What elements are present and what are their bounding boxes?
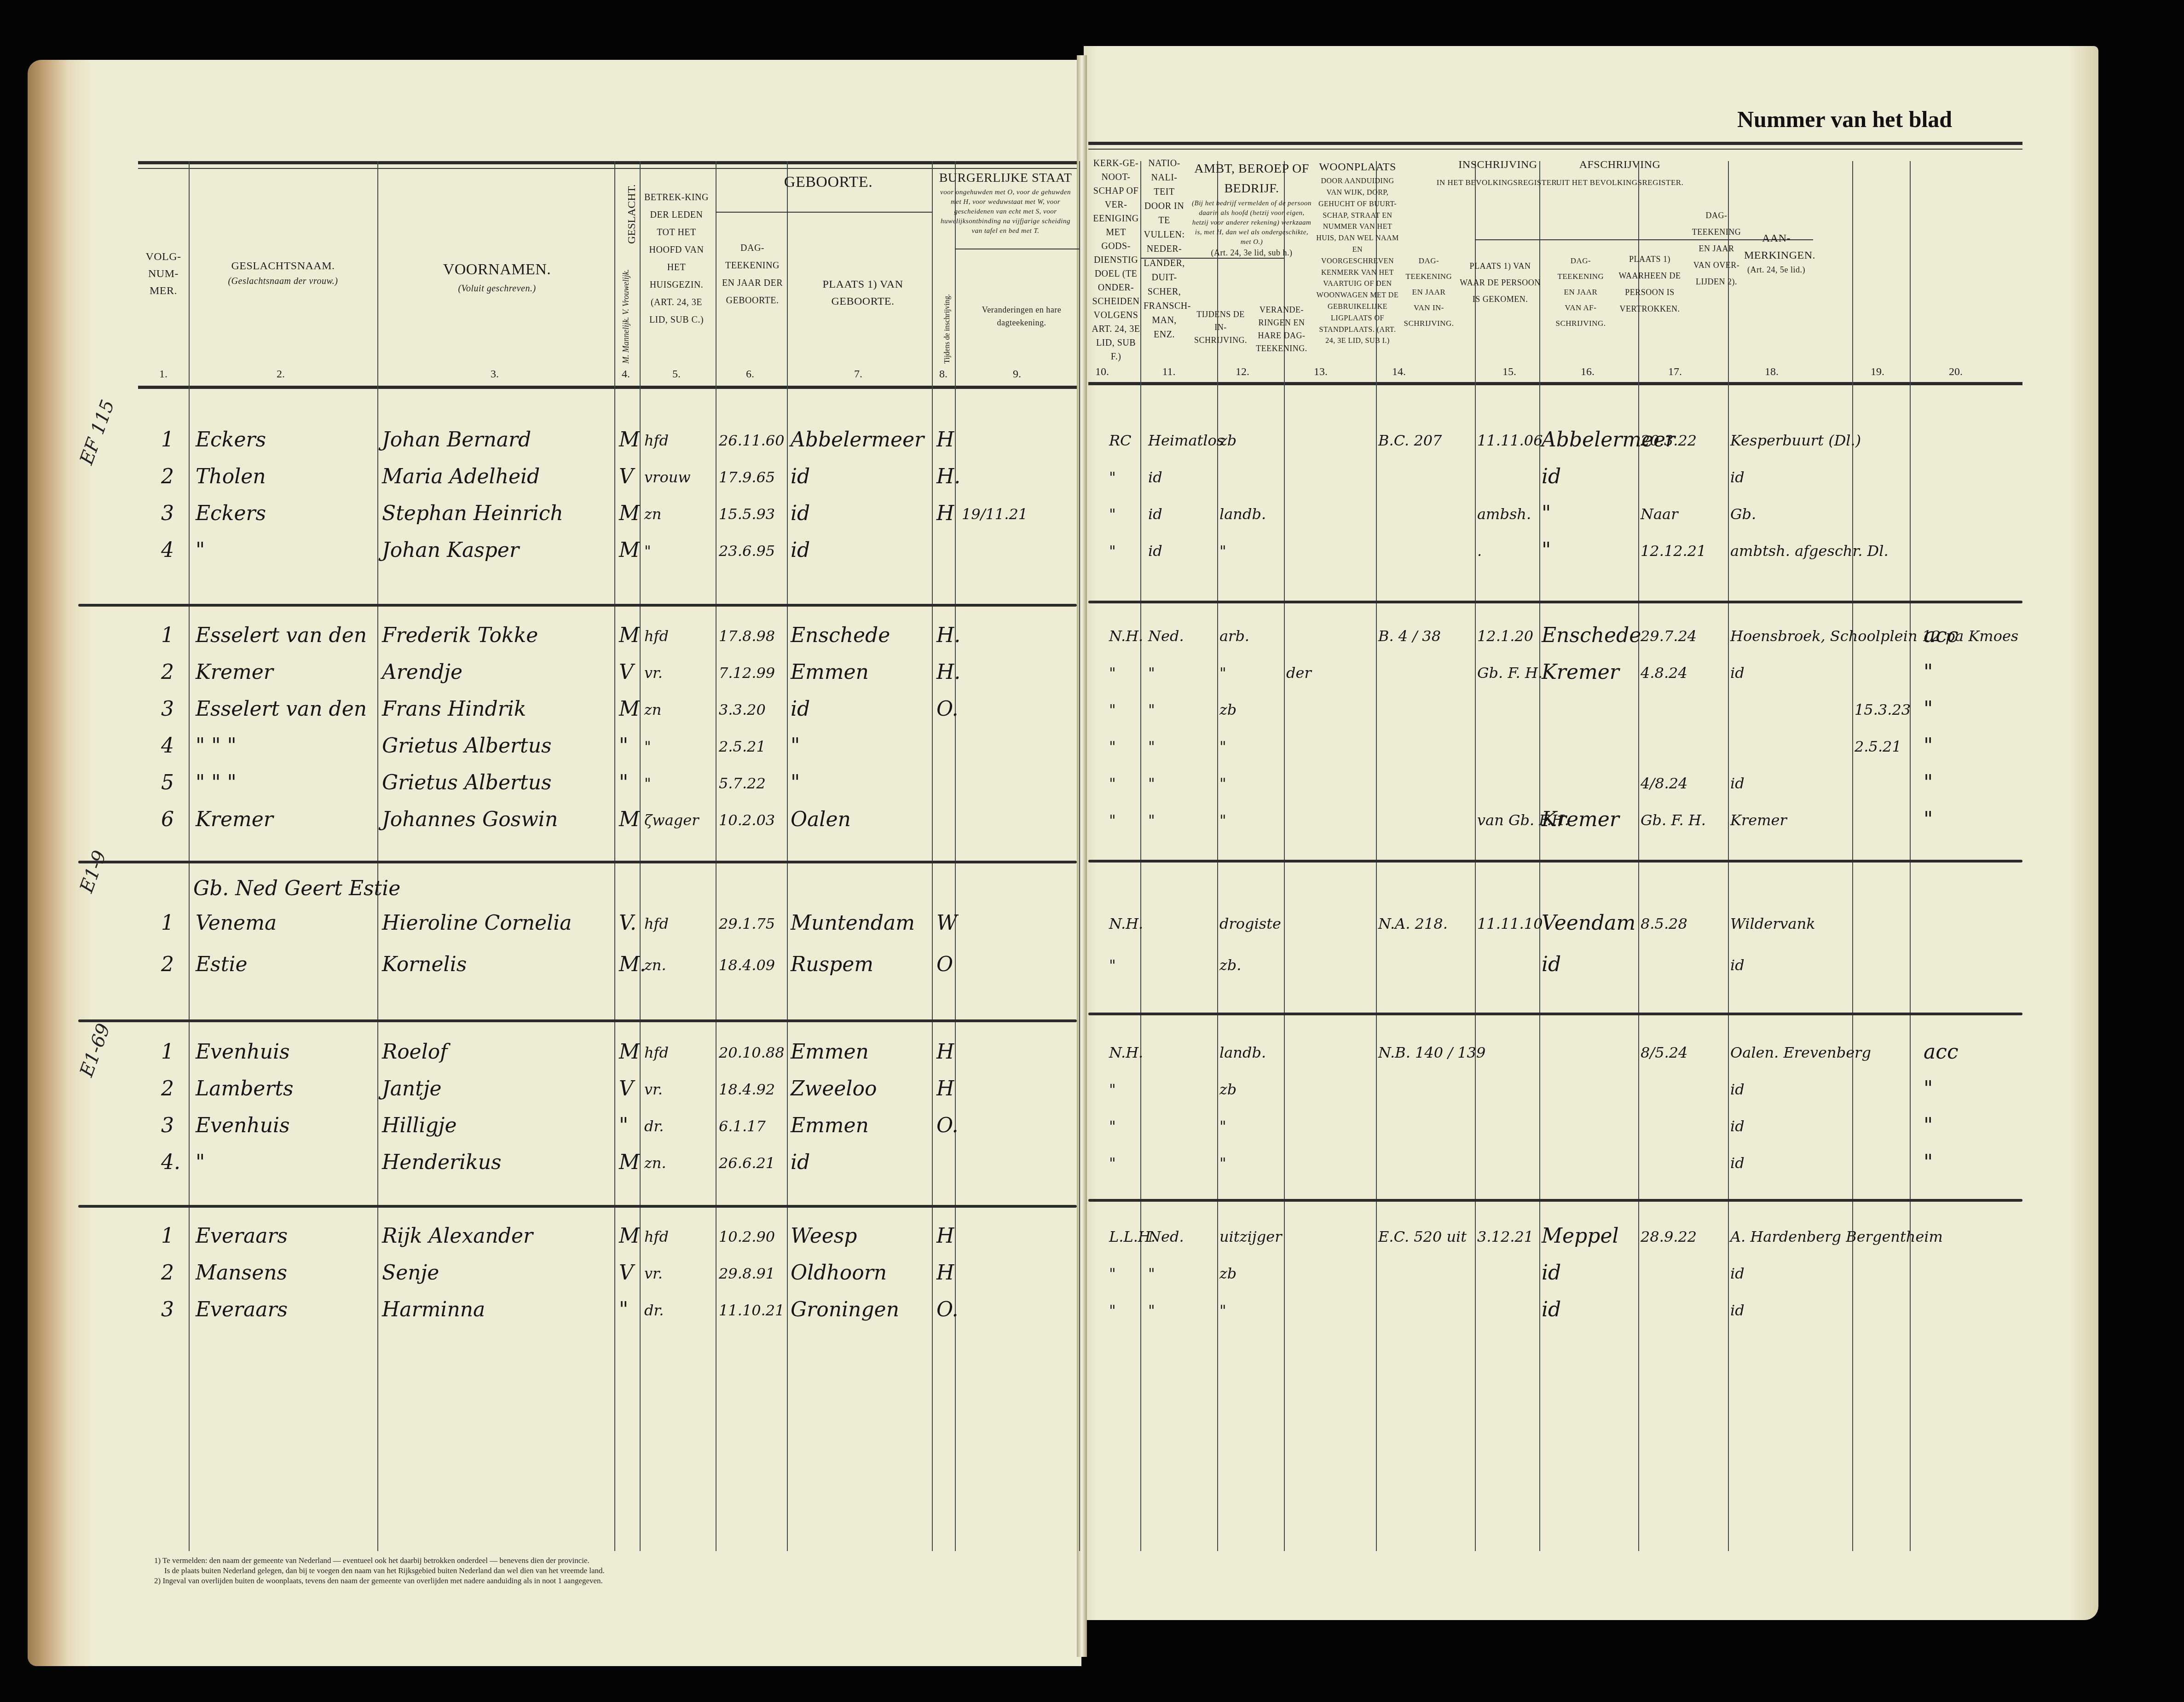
col-header-ambt: AMBT, BEROEP OF BEDRIJF. (Bij het bedrij… — [1192, 159, 1312, 259]
cell-birth-date: 17.8.98 — [719, 627, 775, 645]
cell-religion: " — [1109, 1117, 1116, 1135]
cell-afs-place: Wildervank — [1730, 915, 1815, 932]
cell-occupation: zb — [1219, 432, 1236, 449]
cell-occupation: " — [1219, 664, 1226, 682]
cell-occupation: drogiste — [1219, 915, 1281, 932]
column-divider — [377, 161, 378, 1551]
cell-remarks: acc — [1924, 624, 1959, 647]
column-number: 7. — [844, 368, 872, 381]
cell-afs-place: id — [1730, 775, 1745, 792]
cell-given: Roelof — [382, 1040, 448, 1064]
column-number: 14. — [1385, 366, 1413, 378]
cell-birth-date: 7.12.99 — [719, 664, 775, 682]
cell-relation: ζwager — [644, 811, 699, 829]
column-number: 4. — [612, 368, 640, 381]
cell-religion: " — [1109, 701, 1116, 718]
cell-religion: N.H. — [1109, 627, 1143, 645]
column-number: 12. — [1229, 366, 1256, 378]
cell-ins-date: . — [1477, 542, 1482, 560]
cell-nr: 1 — [161, 428, 174, 452]
cell-ins-place: id — [1542, 1298, 1561, 1321]
cell-nationality: Ned. — [1148, 627, 1184, 645]
footnote-1b: Is de plaats buiten Nederland gelegen, d… — [154, 1566, 605, 1576]
cell-given: Senje — [382, 1261, 439, 1285]
cell-civil: H — [936, 1077, 954, 1100]
cell-relation: vr. — [644, 664, 663, 682]
cell-surname: Lamberts — [196, 1077, 294, 1100]
column-number: 6. — [736, 368, 764, 381]
cell-occupation: " — [1219, 1117, 1226, 1135]
cell-surname: Esselert van den — [196, 624, 367, 647]
cell-residence: N.B. 140 / 139 — [1378, 1044, 1485, 1061]
col-header-afschrijving: AFSCHRIJVING UIT HET BEVOLKINGSREGISTER. — [1551, 156, 1689, 191]
column-number: 19. — [1864, 366, 1891, 378]
col-header-plaats-geboorte: PLAATS 1) VAN GEBOORTE. — [792, 276, 934, 310]
col-header-ambt-veranderingen: VERANDE-RINGEN EN HARE DAG-TEEKENING. — [1252, 304, 1312, 355]
cell-religion: N.H. — [1109, 1044, 1143, 1061]
cell-relation: hfd — [644, 1228, 669, 1245]
cell-civil: O — [936, 953, 953, 976]
cell-remarks: " — [1924, 1077, 1933, 1100]
cell-relation: dr. — [644, 1302, 664, 1319]
cell-birth-date: 26.11.60 — [719, 432, 785, 449]
cell-surname: Everaars — [196, 1298, 288, 1321]
cell-relation: hfd — [644, 627, 669, 645]
cell-sex: " — [619, 771, 628, 794]
cell-birth-date: 29.8.91 — [719, 1265, 775, 1282]
cell-ins-place: id — [1542, 465, 1561, 488]
cell-afs-date: 28.9.22 — [1641, 1228, 1697, 1245]
cell-birth-place: Abbelermeer — [791, 428, 924, 452]
cell-ins-place: id — [1542, 953, 1561, 976]
cell-birth-date: 10.2.03 — [719, 811, 775, 829]
header-subgroup-rule — [1475, 239, 1638, 240]
col-header-voornamen: VOORNAMEN. (Voluit geschreven.) — [382, 258, 612, 295]
cell-afs-date: 8/5.24 — [1641, 1044, 1687, 1061]
cell-ins-place: " — [1542, 502, 1551, 525]
cell-relation: hfd — [644, 915, 669, 932]
cell-civil: H. — [936, 465, 960, 488]
column-number: 5. — [663, 368, 690, 381]
cell-sex: M — [619, 1224, 640, 1248]
cell-given: Frans Hindrik — [382, 697, 526, 721]
cell-given: Stephan Heinrich — [382, 502, 563, 525]
cell-nr: 2 — [161, 465, 174, 488]
cell-ins-date: 3.12.21 — [1477, 1228, 1533, 1245]
household-separator — [78, 1019, 1077, 1022]
column-divider — [1539, 161, 1540, 1551]
cell-nationality: " — [1148, 701, 1155, 718]
cell-birth-place: " — [791, 734, 800, 758]
column-number: 10. — [1088, 366, 1116, 378]
cell-nationality: " — [1148, 775, 1155, 792]
cell-birth-date: 3.3.20 — [719, 701, 766, 718]
cell-sex: V — [619, 1261, 634, 1285]
book-gutter — [1077, 55, 1087, 1657]
cell-given: Maria Adelheid — [382, 465, 540, 488]
cell-surname: Everaars — [196, 1224, 288, 1248]
cell-occupation: " — [1219, 1302, 1226, 1319]
cell-religion: " — [1109, 1265, 1116, 1282]
cell-sex: M — [619, 538, 640, 562]
cell-ins-date: Gb. F. H. — [1477, 664, 1543, 682]
cell-nr: 5 — [161, 771, 174, 794]
cell-nr: 1 — [161, 1224, 174, 1248]
cell-afs-place: id — [1730, 1154, 1745, 1172]
cell-birth-date: 11.10.21 — [719, 1302, 785, 1319]
cell-relation: hfd — [644, 1044, 669, 1061]
cell-surname: Evenhuis — [196, 1040, 290, 1064]
cell-nr: 3 — [161, 1114, 174, 1137]
cell-surname: Estie — [196, 953, 248, 976]
cell-afs-date: 8.5.28 — [1641, 915, 1687, 932]
cell-afs-date: 4.8.24 — [1641, 664, 1687, 682]
cell-remarks: " — [1924, 1114, 1933, 1137]
cell-remarks: " — [1924, 1151, 1933, 1174]
cell-occupation: landb. — [1219, 505, 1266, 523]
cell-birth-place: Oalen — [791, 808, 851, 831]
cell-ins-place: Veendam — [1542, 911, 1635, 935]
cell-remarks: " — [1924, 660, 1933, 684]
cell-afs-date: Naar — [1641, 505, 1678, 523]
cell-civil: H — [936, 428, 954, 452]
col-header-dagteekening-geboorte: DAG-TEEKENING EN JAAR DER GEBOORTE. — [720, 239, 785, 309]
cell-birth-place: Weesp — [791, 1224, 857, 1248]
cell-residence: B. 4 / 38 — [1378, 627, 1441, 645]
cell-religion: " — [1109, 664, 1116, 682]
cell-nr: 4 — [161, 538, 174, 562]
cell-nationality: " — [1148, 1302, 1155, 1319]
col-header-afsch-plaats: PLAATS 1) WAARHEEN DE PERSOON IS VERTROK… — [1611, 251, 1689, 317]
cell-relation: vr. — [644, 1265, 663, 1282]
footnote-1: 1) Te vermelden: den naam der gemeente v… — [154, 1556, 605, 1566]
cell-nationality: " — [1148, 811, 1155, 829]
column-number: 2. — [267, 368, 295, 381]
column-number: 15. — [1496, 366, 1523, 378]
col-header-veranderingen: Veranderingen en hare dagteekening. — [973, 304, 1070, 330]
cell-sex: V. — [619, 911, 636, 935]
cell-given: Grietus Albertus — [382, 771, 552, 794]
cell-afs-place: ambtsh. afgeschr. Dl. — [1730, 542, 1889, 560]
col-header-insch-plaats: PLAATS 1) VAN WAAR DE PERSOON IS GEKOMEN… — [1459, 258, 1542, 307]
column-divider — [716, 161, 716, 1551]
cell-afs-place: id — [1730, 664, 1745, 682]
cell-birth-place: Oldhoorn — [791, 1261, 887, 1285]
cell-occupation: " — [1219, 775, 1226, 792]
cell-birth-place: Zweeloo — [791, 1077, 877, 1100]
cell-relation: " — [644, 738, 651, 755]
cell-nationality: " — [1148, 664, 1155, 682]
cell-birth-date: 26.6.21 — [719, 1154, 775, 1172]
column-number: 3. — [481, 368, 508, 381]
cell-afs-date: 12.12.21 — [1641, 542, 1706, 560]
cell-death: 2.5.21 — [1855, 738, 1901, 755]
cell-sex: M — [619, 1151, 640, 1174]
header-top-rule-left-thin — [138, 168, 1077, 169]
header-subgroup-rule — [716, 212, 932, 213]
cell-occupation: " — [1219, 1154, 1226, 1172]
cell-nr: 6 — [161, 808, 174, 831]
header-top-rule-right-thin — [1088, 149, 2022, 150]
cell-birth-place: Emmen — [791, 660, 869, 684]
column-number: 20. — [1942, 366, 1970, 378]
cell-religion: RC — [1109, 432, 1132, 449]
col-header-nationaliteit: NATIO-NALI-TEIT DOOR IN TE VULLEN: NEDER… — [1144, 156, 1185, 342]
cell-birth-date: 29.1.75 — [719, 915, 775, 932]
column-divider — [1140, 161, 1141, 1551]
cell-relation: vrouw — [644, 469, 691, 486]
col-header-overlijden: DAG-TEEKENING EN JAAR VAN OVER-LIJDEN 2)… — [1691, 207, 1742, 290]
cell-religion: " — [1109, 505, 1116, 523]
cell-occupation: uitzijger — [1219, 1228, 1282, 1245]
column-divider — [640, 161, 641, 1551]
cell-afs-place: Gb. — [1730, 505, 1756, 523]
cell-nationality: " — [1148, 1265, 1155, 1282]
cell-civil: H — [936, 502, 954, 525]
cell-civil: H — [936, 1040, 954, 1064]
cell-nr: 3 — [161, 502, 174, 525]
cell-nr: 1 — [161, 911, 174, 935]
cell-birth-date: 15.5.93 — [719, 505, 775, 523]
cell-sex: M — [619, 502, 640, 525]
cell-nr: 2 — [161, 1261, 174, 1285]
household-separator — [1088, 1199, 2022, 1202]
cell-given: Hieroline Cornelia — [382, 911, 572, 935]
household-heading: Gb. Ned Geert Estie — [193, 877, 400, 900]
column-divider — [1475, 161, 1476, 1551]
column-number: 1. — [150, 368, 177, 381]
cell-surname: Venema — [196, 911, 277, 935]
col-header-burgerlijke-staat: BURGERLIJKE STAAT voor ongehuwden met O,… — [939, 168, 1072, 236]
cell-religion: " — [1109, 738, 1116, 755]
cell-occupation: zb. — [1219, 956, 1242, 974]
cell-civil: O. — [936, 1298, 958, 1321]
cell-sex: M. — [619, 953, 646, 976]
cell-given: Harminna — [382, 1298, 485, 1321]
cell-civil-change: 19/11.21 — [962, 505, 1028, 523]
cell-relation: " — [644, 542, 651, 560]
household-separator — [78, 861, 1077, 863]
column-number: 17. — [1661, 366, 1689, 378]
cell-relation: " — [644, 775, 651, 792]
cell-relation: zn. — [644, 1154, 666, 1172]
cell-civil: H — [936, 1261, 954, 1285]
cell-relation: dr. — [644, 1117, 664, 1135]
cell-ins-date: 11.11.10 — [1477, 915, 1543, 932]
cell-birth-place: Ruspem — [791, 953, 873, 976]
column-number: 16. — [1574, 366, 1601, 378]
cell-sex: " — [619, 734, 628, 758]
cell-religion: " — [1109, 1154, 1116, 1172]
cell-nr: 2 — [161, 953, 174, 976]
column-divider — [787, 161, 788, 1551]
cell-ins-date: 11.11.06 — [1477, 432, 1543, 449]
cell-nr: 1 — [161, 1040, 174, 1064]
column-divider — [1728, 161, 1729, 1551]
col-header-afsch-dag: DAG-TEEKENING EN JAAR VAN AF-SCHRIJVING. — [1555, 253, 1606, 331]
cell-nr: 2 — [161, 660, 174, 684]
cell-nr: 3 — [161, 1298, 174, 1321]
cell-occupation: zb — [1219, 1081, 1236, 1098]
cell-nationality: id — [1148, 469, 1162, 486]
column-number: 11. — [1155, 366, 1183, 378]
cell-afs-place: A. Hardenberg Bergentheim — [1730, 1228, 1943, 1245]
cell-ins-place: Kremer — [1542, 660, 1619, 684]
cell-afs-date: Gb. F. H. — [1641, 811, 1706, 829]
cell-civil: H. — [936, 660, 960, 684]
column-divider — [1638, 161, 1639, 1551]
cell-afs-place: id — [1730, 1081, 1745, 1098]
cell-nr: 2 — [161, 1077, 174, 1100]
cell-surname: Mansens — [196, 1261, 287, 1285]
cell-relation: zn — [644, 701, 661, 718]
cell-surname: Evenhuis — [196, 1114, 290, 1137]
cell-birth-date: 20.10.88 — [719, 1044, 785, 1061]
footnote-2: 2) Ingeval van overlijden buiten de woon… — [154, 1576, 605, 1586]
cell-ins-place: Kremer — [1542, 808, 1619, 831]
col-header-aanmerkingen: AAN-MERKINGEN. (Art. 24, 5e lid.) — [1744, 230, 1808, 276]
cell-remarks: " — [1924, 771, 1933, 794]
col-header-geslacht: GESLACHT. — [626, 184, 638, 244]
cell-given: Arendje — [382, 660, 462, 684]
cell-occupation: " — [1219, 738, 1226, 755]
cell-ins-place: " — [1542, 538, 1551, 562]
header-top-rule-left — [138, 161, 1077, 164]
cell-afs-place: Kesperbuurt (Dl.) — [1730, 432, 1861, 449]
household-separator — [1088, 601, 2022, 603]
cell-sex: M — [619, 624, 640, 647]
cell-surname: Eckers — [196, 502, 266, 525]
footnotes: 1) Te vermelden: den naam der gemeente v… — [154, 1556, 605, 1586]
cell-afs-place: id — [1730, 956, 1745, 974]
cell-occ-change: der — [1286, 664, 1312, 682]
cell-birth-place: Enschede — [791, 624, 890, 647]
cell-birth-date: 23.6.95 — [719, 542, 775, 560]
cell-religion: N.H. — [1109, 915, 1143, 932]
col-header-geboorte: GEBOORTE. — [718, 170, 939, 195]
cell-sex: " — [619, 1298, 628, 1321]
cell-surname: Kremer — [196, 808, 273, 831]
cell-sex: M — [619, 428, 640, 452]
column-number: 9. — [1003, 368, 1031, 381]
cell-ins-place: Meppel — [1542, 1224, 1619, 1248]
cell-surname: " — [196, 538, 205, 562]
cell-afs-place: id — [1730, 469, 1745, 486]
cell-remarks: " — [1924, 697, 1933, 721]
cell-given: Hilligje — [382, 1114, 457, 1137]
cell-death: 15.3.23 — [1855, 701, 1911, 718]
column-divider — [189, 161, 190, 1551]
cell-nationality: Ned. — [1148, 1228, 1184, 1245]
cell-remarks: " — [1924, 808, 1933, 831]
cell-given: Johannes Goswin — [382, 808, 558, 831]
col-header-kerkgenootschap: KERK-GE-NOOT-SCHAP OF VER-EENIGING MET G… — [1091, 156, 1141, 364]
cell-birth-place: id — [791, 502, 810, 525]
cell-religion: " — [1109, 956, 1116, 974]
cell-nr: 3 — [161, 697, 174, 721]
cell-given: Johan Kasper — [382, 538, 519, 562]
cell-afs-place: id — [1730, 1117, 1745, 1135]
cell-nationality: " — [1148, 738, 1155, 755]
cell-ins-date: ambsh. — [1477, 505, 1531, 523]
cell-occupation: zb — [1219, 1265, 1236, 1282]
cell-given: Kornelis — [382, 953, 467, 976]
cell-given: Henderikus — [382, 1151, 502, 1174]
column-number: 8. — [930, 368, 957, 381]
cell-birth-date: 10.2.90 — [719, 1228, 775, 1245]
cell-afs-place: Hoensbroek, Schoolplein 12 pa Kmoes — [1730, 627, 2018, 645]
cell-given: Frederik Tokke — [382, 624, 538, 647]
cell-remarks: acc — [1924, 1040, 1959, 1064]
cell-civil: H — [936, 1224, 954, 1248]
cell-birth-date: 6.1.17 — [719, 1117, 766, 1135]
cell-nr: 1 — [161, 624, 174, 647]
column-divider — [1284, 161, 1285, 1551]
column-divider — [1376, 161, 1377, 1551]
household-separator — [78, 1205, 1077, 1208]
cell-residence: B.C. 207 — [1378, 432, 1442, 449]
cell-religion: " — [1109, 1081, 1116, 1098]
cell-remarks: " — [1924, 734, 1933, 758]
cell-relation: zn — [644, 505, 661, 523]
column-divider — [1079, 161, 1080, 1551]
cell-surname: " — [196, 1151, 205, 1174]
cell-afs-date: 4/8.24 — [1641, 775, 1687, 792]
cell-birth-place: Emmen — [791, 1114, 869, 1137]
col-header-ambt-tijdens: TIJDENS DE IN-SCHRIJVING. — [1192, 308, 1249, 347]
cell-birth-place: Groningen — [791, 1298, 899, 1321]
cell-birth-place: id — [791, 465, 810, 488]
cell-sex: V — [619, 1077, 634, 1100]
cell-birth-place: id — [791, 697, 810, 721]
cell-residence: N.A. 218. — [1378, 915, 1448, 932]
cell-given: Grietus Albertus — [382, 734, 552, 758]
page-number-label: Nummer van het blad — [1737, 106, 1952, 133]
cell-relation: hfd — [644, 432, 669, 449]
cell-nr: 4 — [161, 734, 174, 758]
cell-relation: vr. — [644, 1081, 663, 1098]
cell-nationality: id — [1148, 542, 1162, 560]
cell-surname: Esselert van den — [196, 697, 367, 721]
cell-religion: " — [1109, 542, 1116, 560]
cell-occupation: arb. — [1219, 627, 1249, 645]
cell-ins-date: 12.1.20 — [1477, 627, 1533, 645]
cell-afs-date: 29.7.24 — [1641, 627, 1697, 645]
header-bottom-rule-right — [1088, 382, 2022, 385]
cell-civil: H. — [936, 624, 960, 647]
cell-sex: M — [619, 808, 640, 831]
cell-afs-date: 20.3.22 — [1641, 432, 1697, 449]
cell-surname: " " " — [196, 734, 237, 758]
cell-nr: 4. — [161, 1151, 180, 1174]
col-header-betrekking: BETREK-KING DER LEDEN TOT HET HOOFD VAN … — [642, 189, 711, 329]
cell-relation: zn. — [644, 956, 666, 974]
cell-surname: Tholen — [196, 465, 266, 488]
cell-birth-place: Muntendam — [791, 911, 915, 935]
column-divider — [1910, 161, 1911, 1551]
cell-birth-place: id — [791, 538, 810, 562]
cell-civil: O. — [936, 697, 958, 721]
cell-religion: " — [1109, 1302, 1116, 1319]
cell-ins-place: id — [1542, 1261, 1561, 1285]
cell-sex: V — [619, 465, 634, 488]
cell-religion: " — [1109, 469, 1116, 486]
cell-occupation: landb. — [1219, 1044, 1266, 1061]
cell-given: Rijk Alexander — [382, 1224, 533, 1248]
cell-birth-place: Emmen — [791, 1040, 869, 1064]
column-number: 13. — [1307, 366, 1335, 378]
cell-sex: " — [619, 1114, 628, 1137]
